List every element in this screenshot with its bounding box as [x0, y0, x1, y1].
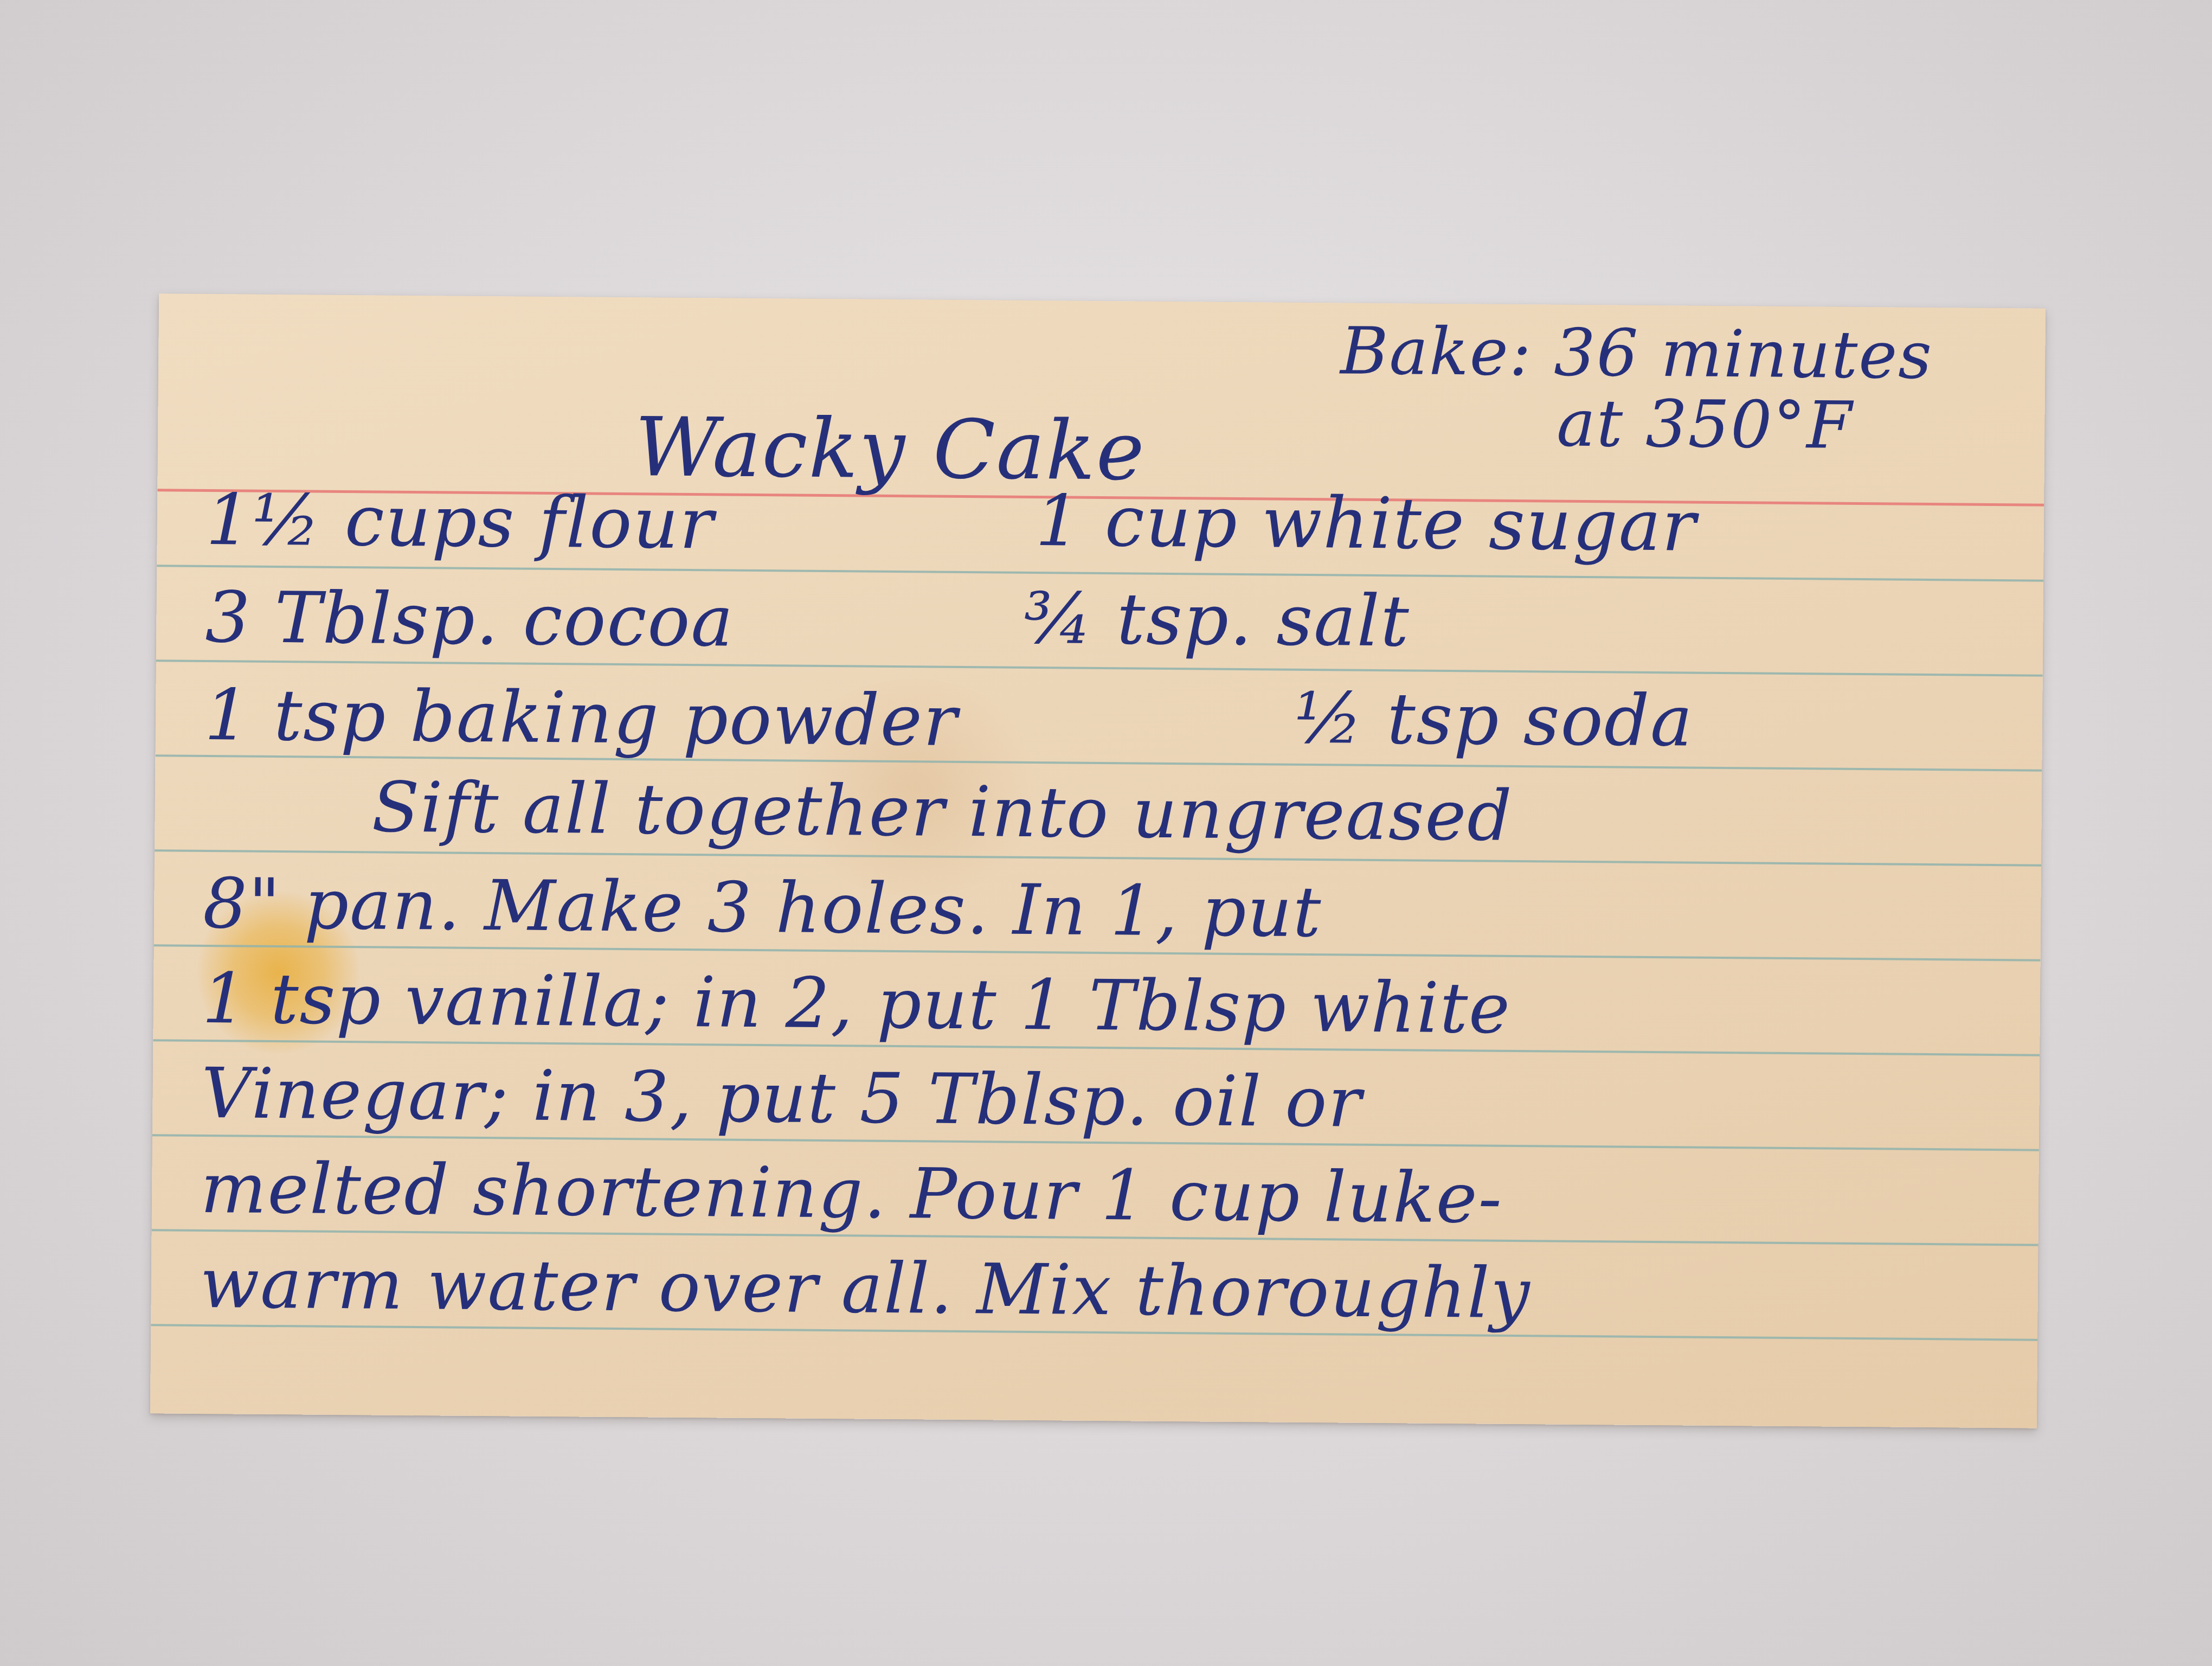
instruction-line: 1 tsp vanilla; in 2, put 1 Tblsp white — [202, 958, 1511, 1049]
instruction-line: 8" pan. Make 3 holes. In 1, put — [203, 863, 1322, 953]
ingredient-baking-powder: 1 tsp baking powder — [204, 674, 958, 762]
instruction-line: melted shortening. Pour 1 cup luke- — [201, 1148, 1503, 1239]
instruction-line: Vinegar; in 3, put 5 Tblsp. oil or — [201, 1053, 1362, 1143]
ingredient-sugar: 1 cup white sugar — [1035, 479, 1697, 567]
instruction-line: warm water over all. Mix thoroughly — [200, 1243, 1531, 1334]
bake-temp: at 350°F — [1557, 386, 1853, 464]
ruled-line — [156, 659, 2043, 676]
ingredient-cocoa: 3 Tblsp. cocoa — [205, 576, 735, 663]
bake-time: Bake: 36 minutes — [1340, 313, 1933, 394]
ingredient-salt: ¾ tsp. salt — [1024, 577, 1410, 663]
ingredient-soda: ½ tsp soda — [1294, 677, 1694, 762]
recipe-card: Bake: 36 minutes at 350°F Wacky Cake 1½ … — [150, 293, 2046, 1428]
ingredient-flour: 1½ cups flour — [205, 478, 715, 565]
instruction-line: Sift all together into ungreased — [371, 767, 1513, 857]
